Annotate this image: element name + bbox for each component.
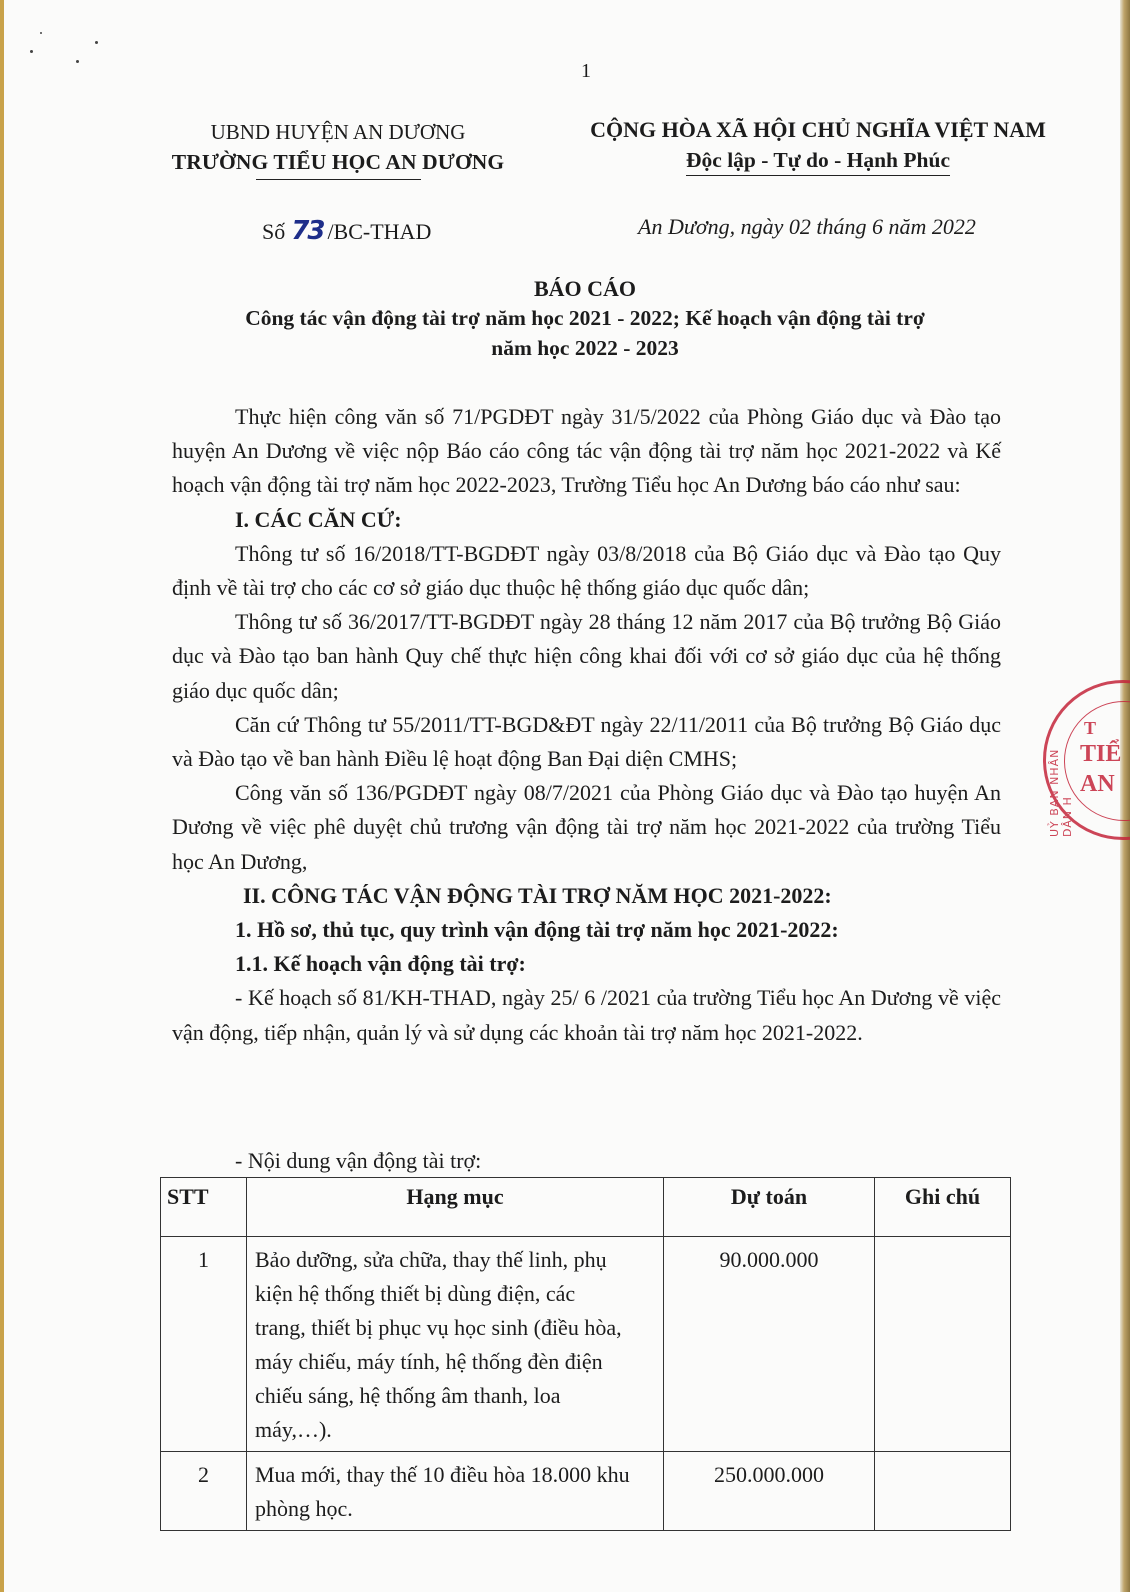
section-2-heading: II. CÔNG TÁC VẬN ĐỘNG TÀI TRỢ NĂM HỌC 20…	[172, 879, 1001, 913]
column-header-stt: STT	[161, 1178, 247, 1237]
table-row: 1 Bảo dưỡng, sửa chữa, thay thế linh, ph…	[161, 1237, 1011, 1452]
row-note	[875, 1237, 1011, 1452]
column-header-estimate: Dự toán	[664, 1178, 875, 1237]
header-underline	[256, 179, 421, 180]
issuing-agency: UBND HUYỆN AN DƯƠNG	[138, 117, 538, 147]
seal-ring-text: UỶ BAN NHÂN DÂN H	[1048, 743, 1074, 837]
row-item: Bảo dưỡng, sửa chữa, thay thế linh, phụ …	[247, 1237, 664, 1452]
document-body: Thực hiện công văn số 71/PGDĐT ngày 31/5…	[172, 400, 1001, 1050]
title-kind: BÁO CÁO	[160, 275, 1010, 303]
handwritten-number: 73	[291, 216, 323, 246]
scan-speck	[30, 50, 33, 53]
section-1-heading: I. CÁC CĂN CỨ:	[172, 503, 1001, 537]
subsection-1-1-heading: 1.1. Kế hoạch vận động tài trợ:	[172, 947, 1001, 981]
table-header-row: STT Hạng mục Dự toán Ghi chú	[161, 1178, 1011, 1237]
table-intro: - Nội dung vận động tài trợ:	[235, 1148, 481, 1174]
title-line-2: năm học 2022 - 2023	[160, 333, 1010, 363]
doc-number-suffix: /BC-THAD	[327, 219, 431, 244]
intro-paragraph: Thực hiện công văn số 71/PGDĐT ngày 31/5…	[172, 400, 1001, 503]
plan-paragraph: - Kế hoạch số 81/KH-THAD, ngày 25/ 6 /20…	[172, 981, 1001, 1049]
row-note	[875, 1452, 1011, 1531]
table-row: 2 Mua mới, thay thế 10 điều hòa 18.000 k…	[161, 1452, 1011, 1531]
row-stt: 1	[161, 1237, 247, 1452]
document-number: Số73/BC-THAD	[262, 216, 431, 246]
doc-number-prefix: Số	[262, 219, 285, 244]
scan-speck	[40, 32, 42, 34]
row-amount: 90.000.000	[664, 1237, 875, 1452]
column-header-item: Hạng mục	[247, 1178, 664, 1237]
page-number: 1	[0, 60, 1130, 83]
subsection-1-heading: 1. Hồ sơ, thủ tục, quy trình vận động tà…	[172, 913, 1001, 947]
dateline: An Dương, ngày 02 tháng 6 năm 2022	[638, 214, 976, 240]
scan-speck	[95, 41, 98, 44]
document-title: BÁO CÁO Công tác vận động tài trợ năm họ…	[160, 275, 1010, 363]
row-amount: 250.000.000	[664, 1452, 875, 1531]
basis-paragraph: Căn cứ Thông tư 55/2011/TT-BGD&ĐT ngày 2…	[172, 708, 1001, 776]
nation-title: CỘNG HÒA XÃ HỘI CHỦ NGHĨA VIỆT NAM	[556, 114, 1080, 146]
title-line-1: Công tác vận động tài trợ năm học 2021 -…	[160, 303, 1010, 333]
national-motto: Độc lập - Tự do - Hạnh Phúc	[686, 146, 950, 176]
sponsorship-table: STT Hạng mục Dự toán Ghi chú 1 Bảo dưỡng…	[160, 1177, 1011, 1531]
issuer-block: UBND HUYỆN AN DƯƠNG TRƯỜNG TIỂU HỌC AN D…	[138, 117, 538, 180]
row-item: Mua mới, thay thế 10 điều hòa 18.000 khu…	[247, 1452, 664, 1531]
seal-text: AN	[1080, 771, 1115, 798]
seal-text: TIỂ	[1080, 741, 1121, 768]
basis-paragraph: Thông tư số 36/2017/TT-BGDĐT ngày 28 thá…	[172, 605, 1001, 708]
basis-paragraph: Thông tư số 16/2018/TT-BGDĐT ngày 03/8/2…	[172, 537, 1001, 605]
national-motto-block: CỘNG HÒA XÃ HỘI CHỦ NGHĨA VIỆT NAM Độc l…	[556, 114, 1080, 176]
column-header-note: Ghi chú	[875, 1178, 1011, 1237]
seal-text: T	[1084, 718, 1096, 739]
row-stt: 2	[161, 1452, 247, 1531]
school-name: TRƯỜNG TIỂU HỌC AN DƯƠNG	[138, 147, 538, 177]
basis-paragraph: Công văn số 136/PGDĐT ngày 08/7/2021 của…	[172, 776, 1001, 879]
